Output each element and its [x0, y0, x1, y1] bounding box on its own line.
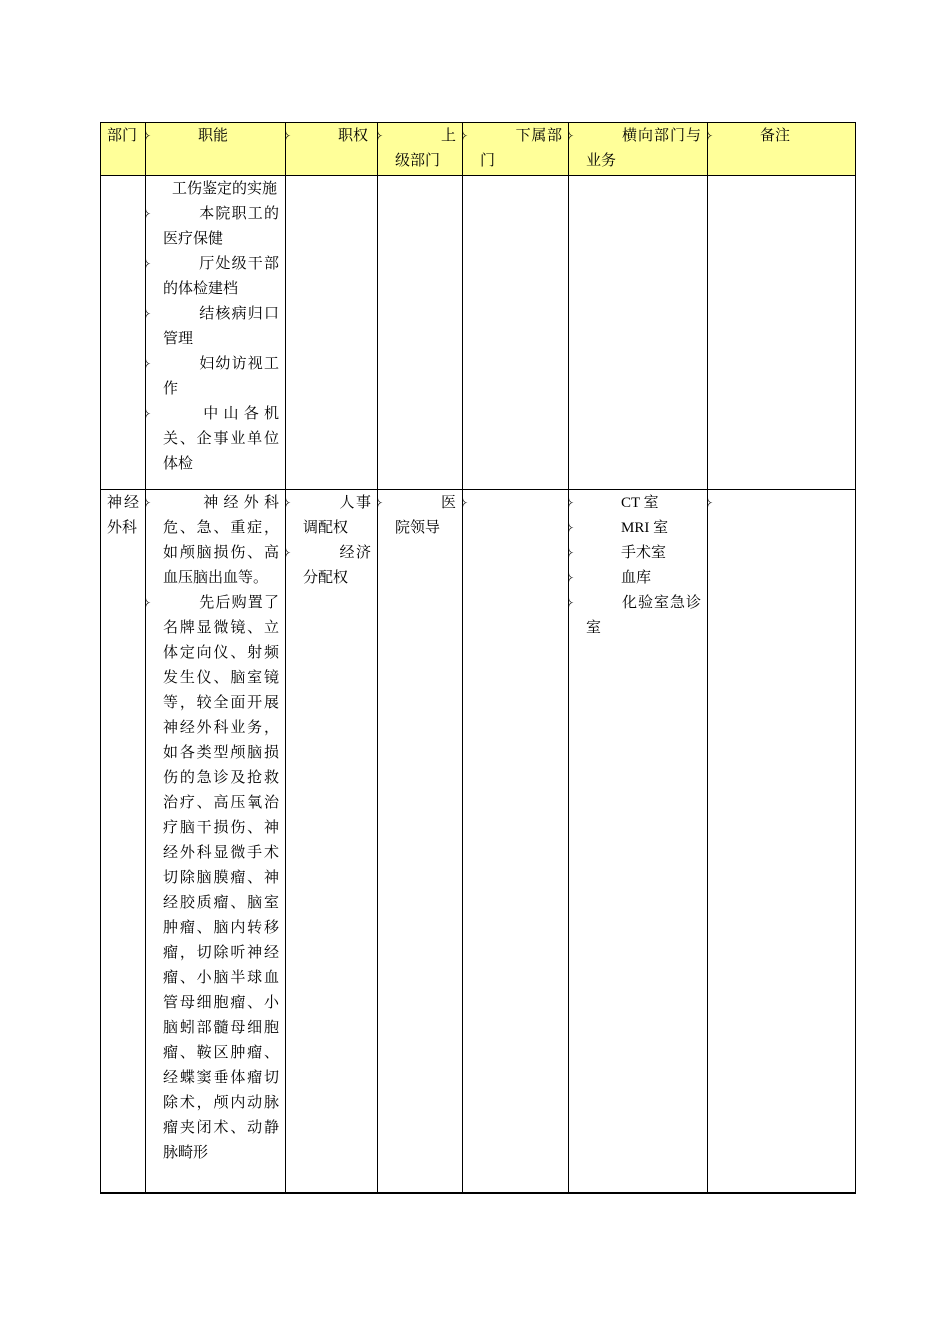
cell-dept: 神经外科 — [101, 490, 146, 1193]
list-item: ✧化验室急诊室 — [575, 591, 701, 641]
list-item: ✧厅处级干部的体检建档 — [152, 252, 279, 302]
item-text: 结核病归口管理 — [163, 306, 279, 347]
header-label: 部门 — [107, 124, 139, 149]
list-item: ✧MRI 室 — [575, 516, 701, 541]
header-text: 上级部门 — [395, 128, 456, 169]
cell-authority: ✧人事调配权 ✧经济分配权 — [286, 490, 378, 1193]
item-text: 先后购置了名牌显微镜、立体定向仪、射频发生仪、脑室镜等，较全面开展神经外科业务，… — [163, 595, 279, 1161]
table-row: 神经外科 ✧神经外科危、急、重症，如颅脑损伤、高血压脑出血等。 ✧先后购置了名牌… — [101, 490, 856, 1193]
bullet-star-icon: ✧ — [469, 124, 483, 149]
bullet-star-icon: ✧ — [575, 566, 589, 591]
list-item: ✧结核病归口管理 — [152, 302, 279, 352]
header-label: ✧职权 — [292, 124, 371, 149]
cell-subordinate — [463, 176, 569, 490]
bullet-star-icon: ✧ — [384, 124, 398, 149]
bullet-star-icon: ✧ — [575, 124, 589, 149]
bullet-star-icon: ✧ — [152, 352, 166, 377]
header-text: 备注 — [760, 128, 790, 144]
header-cell-functions: ✧职能 — [146, 123, 286, 176]
cell-lateral — [569, 176, 708, 490]
bullet-star-icon: ✧ — [152, 591, 166, 616]
header-label: ✧上级部门 — [384, 124, 456, 174]
header-cell-dept: 部门 — [101, 123, 146, 176]
list-item: ✧CT 室 — [575, 491, 701, 516]
header-label: ✧横向部门与业务 — [575, 124, 701, 174]
document-page: { "icons": { "bullet": "✧" }, "colors": … — [0, 0, 950, 1344]
list-item: ✧ — [714, 491, 849, 516]
bullet-star-icon: ✧ — [384, 491, 398, 516]
table-page-clip: 部门 ✧职能 ✧职权 ✧上级部门 ✧下属部门 ✧横向部门与业务 ✧备注 — [100, 122, 856, 1194]
bullet-star-icon: ✧ — [575, 541, 589, 566]
item-text: MRI 室 — [621, 520, 668, 536]
cell-remarks: ✧ — [708, 490, 856, 1193]
header-text: 部门 — [107, 128, 137, 144]
header-text: 职能 — [198, 128, 228, 144]
list-item: ✧中山各机关、企事业单位体检 — [152, 402, 279, 477]
list-item: ✧医院领导 — [384, 491, 456, 541]
bullet-star-icon: ✧ — [152, 402, 166, 427]
cell-functions: ✧神经外科危、急、重症，如颅脑损伤、高血压脑出血等。 ✧先后购置了名牌显微镜、立… — [146, 490, 286, 1193]
cell-subordinate: ✧ — [463, 490, 569, 1193]
item-text: 妇幼访视工作 — [163, 356, 279, 397]
dept-name: 神经外科 — [107, 491, 139, 541]
header-label: ✧职能 — [152, 124, 279, 149]
bullet-star-icon: ✧ — [152, 491, 166, 516]
bullet-star-icon: ✧ — [152, 202, 166, 227]
cell-functions: 工伤鉴定的实施 ✧本院职工的医疗保健 ✧厅处级干部的体检建档 ✧结核病归口管理 … — [146, 176, 286, 490]
table-row: 工伤鉴定的实施 ✧本院职工的医疗保健 ✧厅处级干部的体检建档 ✧结核病归口管理 … — [101, 176, 856, 490]
cell-superior: ✧医院领导 — [378, 490, 463, 1193]
header-label: ✧下属部门 — [469, 124, 562, 174]
item-text: 经济分配权 — [303, 545, 371, 586]
list-item: ✧先后购置了名牌显微镜、立体定向仪、射频发生仪、脑室镜等，较全面开展神经外科业务… — [152, 591, 279, 1166]
bullet-star-icon: ✧ — [575, 591, 589, 616]
list-item: ✧手术室 — [575, 541, 701, 566]
cell-remarks — [708, 176, 856, 490]
header-text: 职权 — [338, 128, 368, 144]
bullet-star-icon: ✧ — [575, 491, 589, 516]
item-text: 本院职工的医疗保健 — [163, 206, 279, 247]
header-cell-lateral: ✧横向部门与业务 — [569, 123, 708, 176]
item-text: 神经外科危、急、重症，如颅脑损伤、高血压脑出血等。 — [163, 495, 279, 586]
cell-dept — [101, 176, 146, 490]
item-text: 人事调配权 — [303, 495, 371, 536]
item-text: CT 室 — [621, 495, 659, 511]
list-item: ✧人事调配权 — [292, 491, 371, 541]
item-text: 中山各机关、企事业单位体检 — [163, 406, 279, 472]
cell-lateral: ✧CT 室 ✧MRI 室 ✧手术室 ✧血库 ✧化验室急诊室 — [569, 490, 708, 1193]
header-text: 下属部门 — [480, 128, 562, 169]
list-item: ✧本院职工的医疗保健 — [152, 202, 279, 252]
header-cell-superior: ✧上级部门 — [378, 123, 463, 176]
bullet-star-icon: ✧ — [292, 124, 306, 149]
item-text: 厅处级干部的体检建档 — [163, 256, 279, 297]
header-text: 横向部门与业务 — [586, 128, 701, 169]
header-cell-subordinate: ✧下属部门 — [463, 123, 569, 176]
bullet-star-icon: ✧ — [152, 124, 166, 149]
header-label: ✧备注 — [714, 124, 849, 149]
list-item: ✧经济分配权 — [292, 541, 371, 591]
bullet-star-icon: ✧ — [292, 491, 306, 516]
cell-authority — [286, 176, 378, 490]
item-text: 工伤鉴定的实施 — [172, 181, 277, 197]
item-text: 医院领导 — [395, 495, 456, 536]
list-item: ✧妇幼访视工作 — [152, 352, 279, 402]
bullet-star-icon: ✧ — [575, 516, 589, 541]
cell-superior — [378, 176, 463, 490]
bullet-star-icon: ✧ — [714, 491, 728, 516]
bullet-star-icon: ✧ — [292, 541, 306, 566]
header-row: 部门 ✧职能 ✧职权 ✧上级部门 ✧下属部门 ✧横向部门与业务 ✧备注 — [101, 123, 856, 176]
item-text: 手术室 — [621, 545, 666, 561]
bullet-star-icon: ✧ — [714, 124, 728, 149]
header-cell-authority: ✧职权 — [286, 123, 378, 176]
list-item: ✧血库 — [575, 566, 701, 591]
bullet-star-icon: ✧ — [152, 302, 166, 327]
list-item: 工伤鉴定的实施 — [152, 177, 279, 202]
list-item: ✧神经外科危、急、重症，如颅脑损伤、高血压脑出血等。 — [152, 491, 279, 591]
department-org-table: 部门 ✧职能 ✧职权 ✧上级部门 ✧下属部门 ✧横向部门与业务 ✧备注 — [100, 122, 856, 1193]
bullet-star-icon: ✧ — [469, 491, 483, 516]
list-item: ✧ — [469, 491, 562, 516]
bullet-star-icon: ✧ — [152, 252, 166, 277]
item-text: 血库 — [621, 570, 651, 586]
item-text: 化验室急诊室 — [586, 595, 701, 636]
header-cell-remarks: ✧备注 — [708, 123, 856, 176]
